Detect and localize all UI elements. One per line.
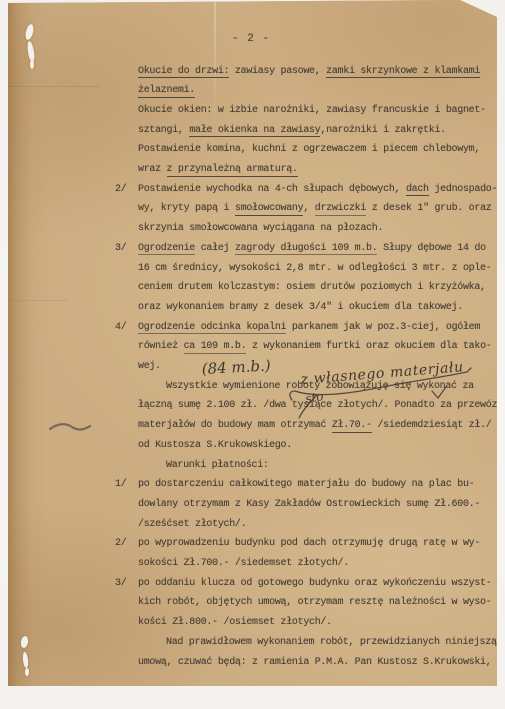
page-number: - 2 -: [232, 33, 270, 45]
underlined-text: drzwiczki: [315, 203, 366, 216]
list-item-number: 2/: [115, 183, 138, 196]
document-line: 4/Ogrodzenie odcinka kopalni parkanem ja…: [115, 321, 480, 334]
document-line: również ca 109 m.b. z wykonaniem furtki …: [138, 340, 491, 353]
text-segment: zawiasy pasowe,: [229, 66, 326, 77]
document-line: wraz z przynależną armaturą.: [138, 163, 298, 176]
text-segment: ,: [303, 203, 314, 214]
document-line: dowlany otrzymam z Kasy Zakładów Ostrowi…: [138, 498, 480, 511]
text-segment: jednospado-: [429, 184, 497, 195]
document-line: materjałów do budowy mam otrzymać Zł.70.…: [138, 419, 492, 432]
document-line: Okucie do drzwi: zawiasy pasowe, zamki s…: [138, 65, 480, 78]
list-item-number: 2/: [115, 537, 138, 550]
underlined-text: Ogrodzenie odcinka kopalni: [138, 322, 286, 335]
document-line: żelaznemi.: [138, 84, 195, 97]
document-line: skrzynia smołowcowana wyciągana na płoza…: [138, 222, 383, 235]
underlined-text: z przynależną armaturą.: [167, 164, 298, 177]
text-segment: dowlany otrzymam z Kasy Zakładów Ostrowi…: [138, 499, 480, 510]
document-line: Postawienie komina, kuchni z ogrzewaczem…: [138, 143, 480, 156]
document-line: sokości Zł.700.- /siedemset złotych/.: [138, 557, 349, 570]
text-segment: od Kustosza S.Krukowskiego.: [138, 440, 292, 451]
document-line: kich robót, objętych umową, otrzymam res…: [138, 596, 491, 609]
document-line: łączną sumę 2.100 zł. /dwa tysiące złoty…: [138, 399, 497, 412]
document-line: sztangi, małe okienka na zawiasy,narożni…: [138, 124, 446, 137]
paper-crease: [8, 300, 68, 301]
text-segment: Okucie okien: w izbie narożniki, zawiasy…: [138, 105, 486, 116]
text-segment: sztangi,: [138, 125, 189, 136]
document-line: kości Zł.800.- /osiemset złotych/.: [138, 616, 332, 629]
text-segment: wy, kryty papą i: [138, 203, 235, 214]
text-segment: Postawienie komina, kuchni z ogrzewaczem…: [138, 144, 480, 155]
document-scan: - 2 - Okucie do drzwi: zawiasy pasowe, z…: [0, 0, 505, 709]
document-line: 1/po dostarczeniu całkowitego materjału …: [115, 478, 474, 491]
list-item-number: 4/: [115, 321, 138, 334]
text-segment: Wszystkie wymienione roboty zobowiązuję …: [166, 381, 474, 392]
document-line: Wszystkie wymienione roboty zobowiązuję …: [166, 380, 474, 393]
underlined-text: zamki skrzynkowe z klamkami: [326, 66, 480, 79]
text-segment: wej.: [138, 361, 161, 372]
document-line: wy, kryty papą i smołowcowany, drzwiczki…: [138, 202, 491, 215]
paper-tear: [25, 668, 29, 676]
underlined-text: dach: [406, 184, 429, 197]
list-item-number: 3/: [115, 577, 138, 590]
underlined-text: małe okienka na zawiasy: [189, 125, 320, 138]
document-line: /sześćset złotych/.: [138, 518, 246, 531]
document-line: 2/Postawienie wychodka na 4-ch słupach d…: [115, 183, 497, 196]
text-segment: oraz wykonaniem bramy z desek 3/4" i oku…: [138, 302, 463, 313]
text-segment: z wykonaniem furtki oraz okuciem dla tak…: [246, 341, 491, 352]
underlined-text: żelaznemi.: [138, 85, 195, 98]
text-segment: wraz: [138, 164, 167, 175]
text-segment: Nad prawidłowem wykonaniem robót, przewi…: [166, 637, 497, 648]
text-segment: kości Zł.800.- /osiemset złotych/.: [138, 617, 332, 628]
text-segment: po dostarczeniu całkowitego materjału do…: [138, 479, 474, 490]
document-line: Okucie okien: w izbie narożniki, zawiasy…: [138, 104, 486, 117]
underlined-text: Zł.70.-: [332, 420, 372, 433]
underlined-text: ca 109 m.b.: [184, 341, 247, 354]
paper-crease: [8, 86, 100, 87]
text-segment: sokości Zł.700.- /siedemset złotych/.: [138, 558, 349, 569]
document-line: wej.: [138, 360, 161, 373]
text-segment: Słupy dębowe 14 do: [377, 243, 485, 254]
underlined-text: Okucie do drzwi:: [138, 66, 229, 79]
underlined-text: zagrody długości 109 m.b.: [235, 243, 378, 256]
list-item-number: 1/: [115, 478, 138, 491]
document-line: ceniem drutem kolczastym: osiem drutów p…: [138, 281, 486, 294]
document-line: Warunki płatności:: [166, 459, 269, 472]
text-segment: również: [138, 341, 184, 352]
document-line: od Kustosza S.Krukowskiego.: [138, 439, 292, 452]
paper-sheet: - 2 - Okucie do drzwi: zawiasy pasowe, z…: [8, 0, 497, 686]
text-segment: z desek 1" grub. oraz: [366, 203, 491, 214]
document-line: 2/po wyprowadzeniu budynku pod dach otrz…: [115, 537, 480, 550]
document-line: 16 cm średnicy, wysokości 2,8 mtr. w odl…: [138, 262, 491, 275]
text-segment: 16 cm średnicy, wysokości 2,8 mtr. w odl…: [138, 263, 491, 274]
text-segment: /siedemdziesiąt zł./: [372, 420, 492, 431]
text-segment: Postawienie wychodka na 4-ch słupach dęb…: [138, 184, 406, 195]
text-segment: kich robót, objętych umową, otrzymam res…: [138, 597, 491, 608]
text-segment: umową, czuwać będą: z ramienia P.M.A. Pa…: [138, 657, 491, 668]
text-segment: po wyprowadzeniu budynku pod dach otrzym…: [138, 538, 480, 549]
underlined-text: smołowcowany: [235, 203, 303, 216]
document-line: 3/Ogrodzenie całej zagrody długości 109 …: [115, 242, 486, 255]
text-segment: Warunki płatności:: [166, 460, 269, 471]
underlined-text: Ogrodzenie: [138, 243, 195, 256]
text-segment: /sześćset złotych/.: [138, 519, 246, 530]
text-segment: całej: [195, 243, 235, 254]
paper-tear: [30, 60, 34, 69]
text-segment: łączną sumę 2.100 zł. /dwa tysiące złoty…: [138, 400, 497, 411]
text-segment: skrzynia smołowcowana wyciągana na płoza…: [138, 223, 383, 234]
list-item-number: 3/: [115, 242, 138, 255]
text-segment: parkanem jak w poz.3-ciej, ogółem: [286, 322, 480, 333]
text-segment: ,narożniki i zakrętki.: [320, 125, 445, 136]
document-line: umową, czuwać będą: z ramienia P.M.A. Pa…: [138, 656, 491, 669]
text-segment: po oddaniu klucza od gotowego budynku or…: [138, 578, 491, 589]
text-segment: materjałów do budowy mam otrzymać: [138, 420, 332, 431]
document-line: 3/po oddaniu klucza od gotowego budynku …: [115, 577, 491, 590]
document-line: Nad prawidłowem wykonaniem robót, przewi…: [166, 636, 497, 649]
text-segment: ceniem drutem kolczastym: osiem drutów p…: [138, 282, 486, 293]
document-line: oraz wykonaniem bramy z desek 3/4" i oku…: [138, 301, 463, 314]
